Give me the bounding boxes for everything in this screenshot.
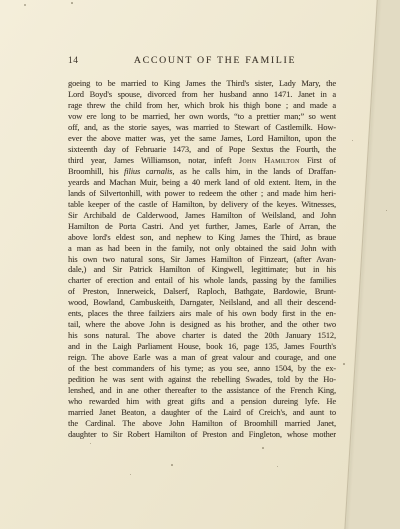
- text-line: daughter to Sir Robert Hamilton of Prest…: [68, 430, 336, 441]
- text-segment-plain: of Preston, Innerweick, Dalserf, Raploch…: [68, 287, 336, 296]
- text-line: Hamilton de Porta Castri. And yet furthe…: [68, 222, 336, 233]
- text-line: vow ere long to be married, her own word…: [68, 112, 336, 123]
- text-line: table keeper of the castle of Hamilton, …: [68, 200, 336, 211]
- text-line: Lord Boyd's spouse, divorced from her hu…: [68, 90, 336, 101]
- text-line: the Cardinal. The above John Hamilton of…: [68, 419, 336, 430]
- text-segment-plain: the Cardinal. The above John Hamilton of…: [68, 419, 336, 428]
- text-segment-plain: a man as had been in the family, not onl…: [68, 244, 336, 253]
- page-header: 14 ACCOUNT OF THE FAMILIE: [68, 55, 336, 68]
- text-line: who rewarded him with great gifts and a …: [68, 397, 336, 408]
- text-line: a man as had been in the family, not onl…: [68, 244, 336, 255]
- text-line: wood, Bowland, Cambuskeith, Darngater, N…: [68, 298, 336, 309]
- text-line: tail, where the above John is designed a…: [68, 320, 336, 331]
- text-segment-smallcaps: John Hamilton: [239, 156, 300, 165]
- page-number: 14: [68, 56, 79, 66]
- scanned-book-page: { "colors": { "paper_light": "#f4eeda", …: [0, 0, 400, 529]
- text-segment-plain: third year, James Williamson, notar, inf…: [68, 156, 239, 165]
- text-segment-plain: Lord Boyd's spouse, divorced from her hu…: [68, 90, 336, 99]
- text-segment-plain: his own two natural sons, Sir James Hami…: [68, 255, 336, 264]
- text-line: yeards and Machan Muir, being a 40 merk …: [68, 178, 336, 189]
- text-segment-plain: daughter to Sir Robert Hamilton of Prest…: [68, 430, 336, 439]
- text-line: and in the Laigh Parliament House, book …: [68, 342, 336, 353]
- text-segment-plain: who rewarded him with great gifts and a …: [68, 397, 336, 406]
- text-line: of Preston, Innerweick, Dalserf, Raploch…: [68, 287, 336, 298]
- text-line: ents, places the three failziers airs ma…: [68, 309, 336, 320]
- text-segment-plain: Broomhill, his: [68, 167, 124, 176]
- text-segment-plain: his sons natural. The above charter is d…: [68, 331, 336, 340]
- text-line: Broomhill, his filius carnalis, as he ca…: [68, 167, 336, 178]
- text-line: of the best commanders of his tyme; as y…: [68, 364, 336, 375]
- text-line: lenshed, and in ane other thereafter to …: [68, 386, 336, 397]
- text-line: lands of Silvertonhill, with power to re…: [68, 189, 336, 200]
- paper-speckle: [24, 4, 26, 6]
- paper-speckle: [262, 447, 264, 449]
- text-line: third year, James Williamson, notar, inf…: [68, 156, 336, 167]
- text-segment-plain: tail, where the above John is designed a…: [68, 320, 336, 329]
- paper-speckle: [71, 2, 73, 4]
- text-line: rage threw the child from her, which bro…: [68, 101, 336, 112]
- text-segment-plain: Hamilton de Porta Castri. And yet furthe…: [68, 222, 336, 231]
- text-line: married Janet Beaton, a daughter of the …: [68, 408, 336, 419]
- text-segment-plain: First of: [300, 156, 336, 165]
- text-segment-plain: , as he calls him, in the lands of Draff…: [172, 167, 336, 176]
- text-segment-plain: Sir Archibald de Calderwood, James Hamil…: [68, 211, 336, 220]
- text-line: charter of erection and entail of his wh…: [68, 276, 336, 287]
- paper-speckle: [343, 363, 345, 365]
- text-segment-plain: lenshed, and in ane other thereafter to …: [68, 386, 336, 395]
- text-segment-plain: above lord's eldest son, and nephew to K…: [68, 233, 336, 242]
- text-segment-plain: ever the above matter was, yet the same …: [68, 134, 336, 143]
- running-title: ACCOUNT OF THE FAMILIE: [81, 55, 349, 66]
- text-line: off, and, as the storie sayes, was marri…: [68, 123, 336, 134]
- text-segment-italic: filius carnalis: [124, 167, 172, 176]
- text-segment-plain: ents, places the three failziers airs ma…: [68, 309, 336, 318]
- text-segment-plain: vow ere long to be married, her own word…: [68, 112, 336, 121]
- paper-speckle: [386, 210, 387, 211]
- text-segment-plain: goeing to be married to King James the T…: [68, 79, 336, 88]
- text-line: dale,) and Sir Patrick Hamilton of Kingw…: [68, 265, 336, 276]
- paper-speckle: [171, 464, 173, 466]
- text-segment-plain: table keeper of the castle of Hamilton, …: [68, 200, 336, 209]
- text-line: sixteenth day of Februarie 1473, and of …: [68, 145, 336, 156]
- text-line: his sons natural. The above charter is d…: [68, 331, 336, 342]
- text-segment-plain: and in the Laigh Parliament House, book …: [68, 342, 336, 351]
- text-segment-plain: dale,) and Sir Patrick Hamilton of Kingw…: [68, 265, 336, 274]
- text-line: goeing to be married to King James the T…: [68, 79, 336, 90]
- text-line: Sir Archibald de Calderwood, James Hamil…: [68, 211, 336, 222]
- text-segment-plain: yeards and Machan Muir, being a 40 merk …: [68, 178, 336, 187]
- body-text: goeing to be married to King James the T…: [68, 79, 336, 441]
- text-line: reign. The above Earle was a man of grea…: [68, 353, 336, 364]
- text-segment-plain: rage threw the child from her, which bro…: [68, 101, 336, 110]
- text-segment-plain: married Janet Beaton, a daughter of the …: [68, 408, 336, 417]
- text-segment-plain: off, and, as the storie sayes, was marri…: [68, 123, 336, 132]
- text-line: his own two natural sons, Sir James Hami…: [68, 255, 336, 266]
- text-segment-plain: sixteenth day of Februarie 1473, and of …: [68, 145, 336, 154]
- text-segment-plain: reign. The above Earle was a man of grea…: [68, 353, 336, 362]
- text-segment-plain: lands of Silvertonhill, with power to re…: [68, 189, 336, 198]
- text-segment-plain: pedition he was sent with against the re…: [68, 375, 336, 384]
- text-segment-plain: charter of erection and entail of his wh…: [68, 276, 336, 285]
- text-segment-plain: of the best commanders of his tyme; as y…: [68, 364, 336, 373]
- text-line: ever the above matter was, yet the same …: [68, 134, 336, 145]
- text-segment-plain: wood, Bowland, Cambuskeith, Darngater, N…: [68, 298, 336, 307]
- text-line: above lord's eldest son, and nephew to K…: [68, 233, 336, 244]
- text-line: pedition he was sent with against the re…: [68, 375, 336, 386]
